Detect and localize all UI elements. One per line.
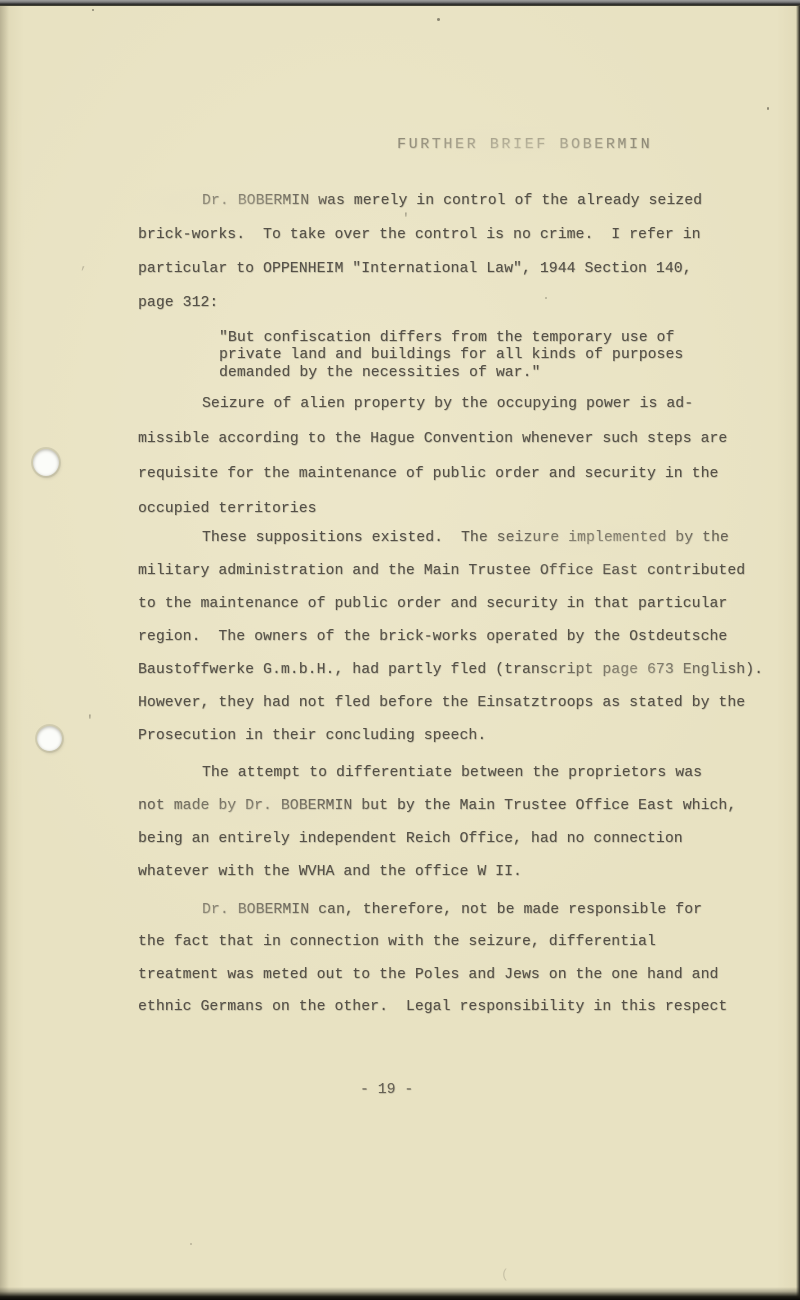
paragraph-4: The attempt to differentiate between the… [138,766,736,898]
ink-stray-mark: ' [402,212,410,225]
text-line: the fact that in connection with the sei… [138,935,727,967]
document-title: FURTHER BRIEF BOBERMIN [397,136,652,153]
text-line: "But confiscation differs from the tempo… [219,331,683,348]
text-line: ethnic Germans on the other. Legal respo… [138,1000,727,1032]
text-line: missible according to the Hague Conventi… [138,432,727,467]
ink-stray-mark: , [80,258,88,271]
text-line: to the maintenance of public order and s… [138,597,763,630]
text-line: Dr. BOBERMIN was merely in control of th… [138,194,702,228]
ink-stray-mark: ' [86,714,94,727]
ink-stray-mark: ( [501,1268,509,1281]
page-number: - 19 - [360,1082,413,1098]
ink-speck [437,18,440,21]
paragraph-3: These suppositions existed. The seizure … [138,531,763,762]
text-line: military administration and the Main Tru… [138,564,763,597]
ink-speck [190,1243,192,1245]
text-line: Seizure of alien property by the occupyi… [138,397,727,432]
text-line: private land and buildings for all kinds… [219,348,683,365]
ink-speck [545,297,547,299]
text-line: brick-works. To take over the control is… [138,228,702,262]
typewritten-text-layer: FURTHER BRIEF BOBERMIN Dr. BOBERMIN was … [0,0,800,1300]
paragraph-1: Dr. BOBERMIN was merely in control of th… [138,194,702,330]
text-line: These suppositions existed. The seizure … [138,531,763,564]
scanned-document-page: FURTHER BRIEF BOBERMIN Dr. BOBERMIN was … [0,0,800,1300]
text-line: Baustoffwerke G.m.b.H., had partly fled … [138,663,763,696]
ink-speck [767,107,769,110]
text-line: page 312: [138,296,702,330]
text-line: being an entirely independent Reich Offi… [138,832,736,865]
ink-speck [92,9,94,11]
paragraph-5: Dr. BOBERMIN can, therefore, not be made… [138,903,727,1033]
text-line: whatever with the WVHA and the office W … [138,865,736,898]
text-line: The attempt to differentiate between the… [138,766,736,799]
text-line: treatment was meted out to the Poles and… [138,968,727,1000]
text-line: demanded by the necessities of war." [219,366,683,383]
paragraph-2: Seizure of alien property by the occupyi… [138,397,727,537]
text-line: However, they had not fled before the Ei… [138,696,763,729]
text-line: region. The owners of the brick-works op… [138,630,763,663]
text-line: Dr. BOBERMIN can, therefore, not be made… [138,903,727,935]
text-line: Prosecution in their concluding speech. [138,729,763,762]
block-quotation: "But confiscation differs from the tempo… [219,331,683,383]
text-line: particular to OPPENHEIM "International L… [138,262,702,296]
text-line: not made by Dr. BOBERMIN but by the Main… [138,799,736,832]
text-line: requisite for the maintenance of public … [138,467,727,502]
